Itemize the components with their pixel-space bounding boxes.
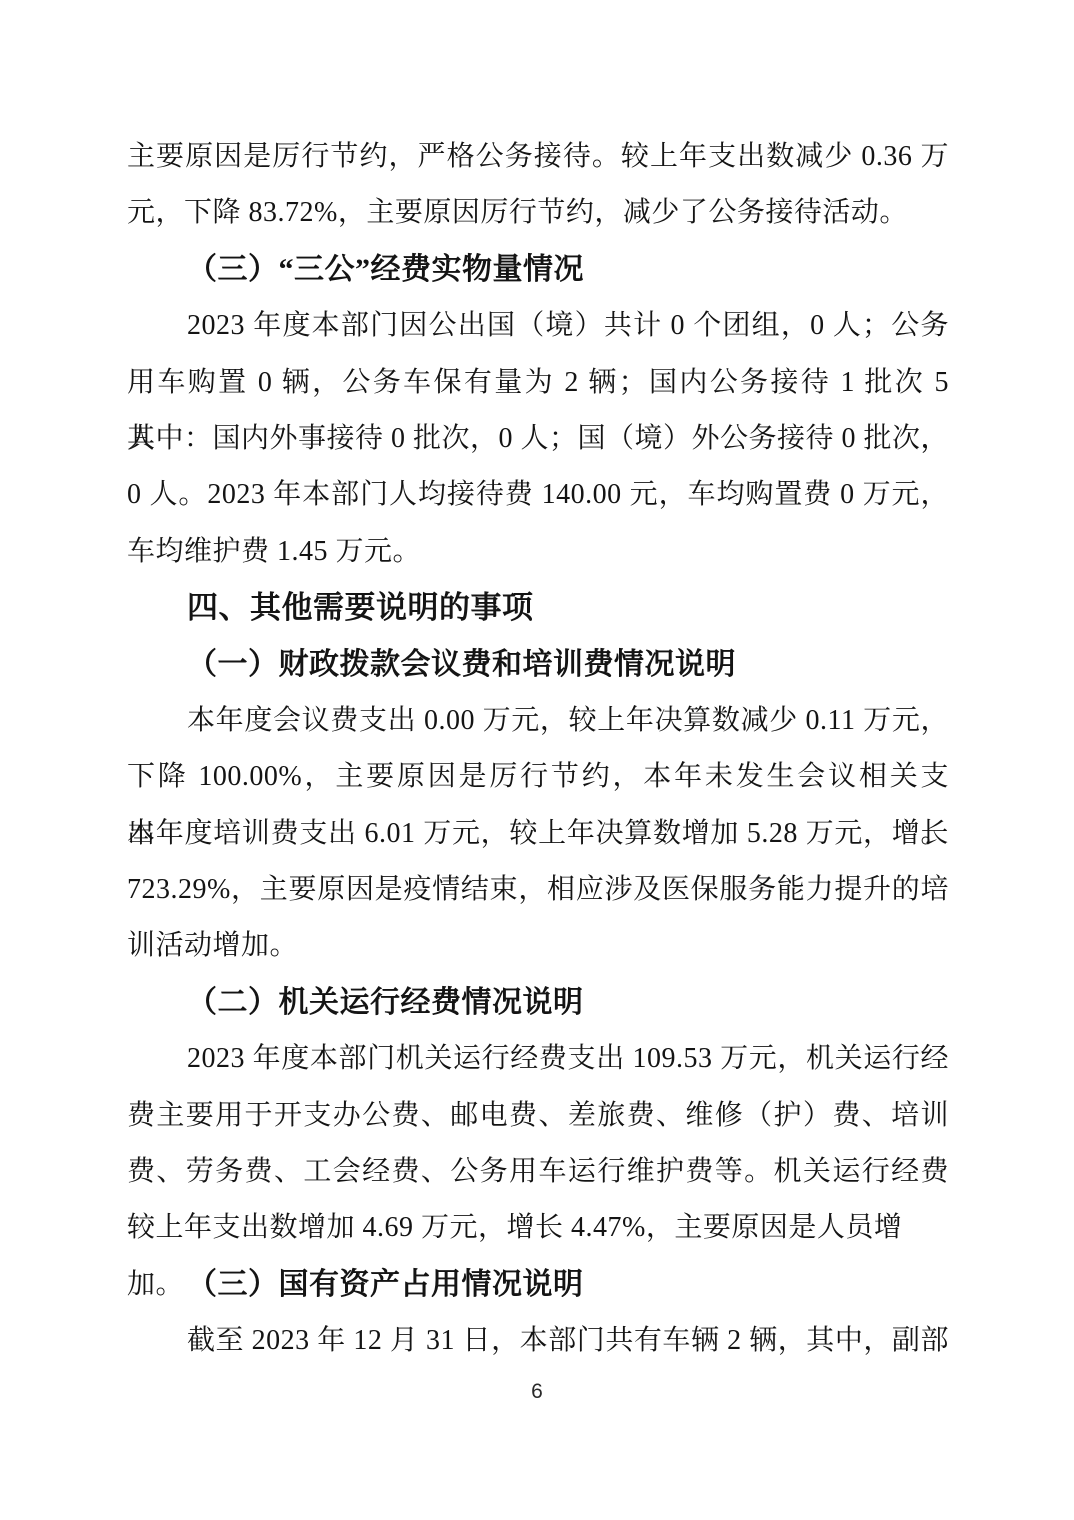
body-text-line: 费主要用于开支办公费、邮电费、差旅费、维修（护）费、培训	[127, 1088, 949, 1144]
subsection-heading-text: （三）国有资产占用情况说明	[127, 1257, 949, 1313]
page-number: 6	[0, 1372, 1074, 1412]
body-text-line: 训活动增加。	[127, 918, 949, 974]
document-page: 主要原因是厉行节约，严格公务接待。较上年支出数减少 0.36 万 元，下降 83…	[0, 0, 1074, 1520]
body-text-line: 2023 年度本部门因公出国（境）共计 0 个团组，0 人；公务	[127, 298, 949, 354]
paragraph: 主要原因是厉行节约，严格公务接待。较上年支出数减少 0.36 万 元，下降 83…	[127, 129, 949, 242]
body-text-line: 截至 2023 年 12 月 31 日，本部门共有车辆 2 辆，其中，副部	[127, 1313, 949, 1369]
subsection-heading-text: （一）财政拨款会议费和培训费情况说明	[127, 637, 949, 693]
subsection-heading: （三）国有资产占用情况说明	[127, 1257, 949, 1313]
body-text-line: 本年度培训费支出 6.01 万元，较上年决算数增加 5.28 万元，增长	[127, 806, 949, 862]
subsection-heading-text: （二）机关运行经费情况说明	[127, 975, 949, 1031]
body-text-line: 本年度会议费支出 0.00 万元，较上年决算数减少 0.11 万元，	[127, 693, 949, 749]
body-text-line: 下降 100.00%，主要原因是厉行节约，本年未发生会议相关支出。	[127, 749, 949, 805]
body-text-line: 用车购置 0 辆，公务车保有量为 2 辆；国内公务接待 1 批次 5 人，	[127, 355, 949, 411]
paragraph: 截至 2023 年 12 月 31 日，本部门共有车辆 2 辆，其中，副部	[127, 1313, 949, 1369]
subsection-heading: （三）“三公”经费实物量情况	[127, 242, 949, 298]
paragraph: 2023 年度本部门机关运行经费支出 109.53 万元，机关运行经 费主要用于…	[127, 1031, 949, 1257]
body-text-line: 费、劳务费、工会经费、公务用车运行维护费等。机关运行经费	[127, 1144, 949, 1200]
section-heading: 四、其他需要说明的事项	[127, 580, 949, 636]
subsection-heading-text: （三）“三公”经费实物量情况	[127, 242, 949, 298]
subsection-heading: （二）机关运行经费情况说明	[127, 975, 949, 1031]
paragraph: 本年度会议费支出 0.00 万元，较上年决算数减少 0.11 万元， 下降 10…	[127, 693, 949, 975]
body-text-line: 其中：国内外事接待 0 批次，0 人；国（境）外公务接待 0 批次，	[127, 411, 949, 467]
subsection-heading: （一）财政拨款会议费和培训费情况说明	[127, 637, 949, 693]
section-heading-text: 四、其他需要说明的事项	[127, 580, 949, 636]
body-text-line: 车均维护费 1.45 万元。	[127, 524, 949, 580]
body-text-line: 0 人。2023 年本部门人均接待费 140.00 元，车均购置费 0 万元，	[127, 467, 949, 523]
body-text-line: 较上年支出数增加 4.69 万元，增长 4.47%，主要原因是人员增加。	[127, 1200, 949, 1256]
paragraph: 2023 年度本部门因公出国（境）共计 0 个团组，0 人；公务 用车购置 0 …	[127, 298, 949, 580]
body-text-line: 主要原因是厉行节约，严格公务接待。较上年支出数减少 0.36 万	[127, 129, 949, 185]
body-text-line: 元，下降 83.72%，主要原因厉行节约，减少了公务接待活动。	[127, 185, 949, 241]
body-text-line: 723.29%，主要原因是疫情结束，相应涉及医保服务能力提升的培	[127, 862, 949, 918]
text-area: 主要原因是厉行节约，严格公务接待。较上年支出数减少 0.36 万 元，下降 83…	[127, 129, 949, 1370]
body-text-line: 2023 年度本部门机关运行经费支出 109.53 万元，机关运行经	[127, 1031, 949, 1087]
